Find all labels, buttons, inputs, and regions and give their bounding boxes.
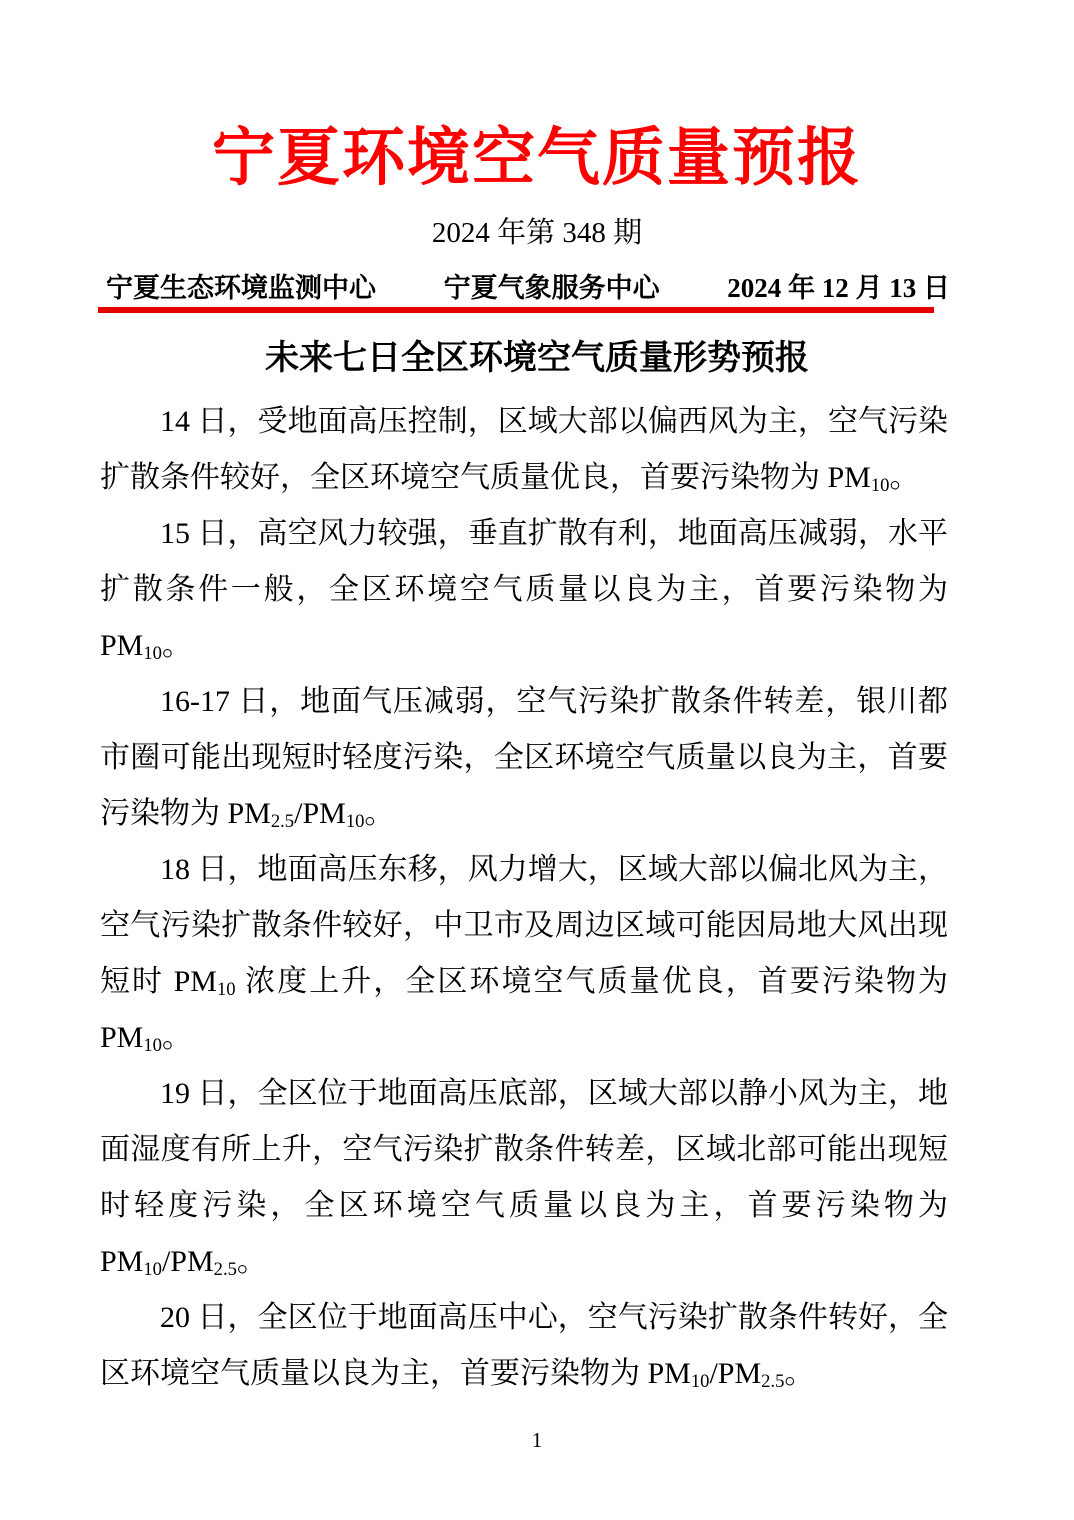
org-monitoring-center: 宁夏生态环境监测中心 <box>106 272 376 304</box>
red-divider-rule <box>98 307 934 313</box>
text-run: 。 <box>162 1021 192 1054</box>
pollutant-subscript: 10 <box>691 1371 710 1392</box>
pollutant-subscript: 10 <box>217 979 236 1000</box>
forecast-paragraph: 14 日，受地面高压控制，区域大部以偏西风为主，空气污染扩散条件较好，全区环境空… <box>100 394 948 506</box>
forecast-paragraph: 16-17 日，地面气压减弱，空气污染扩散条件转差，银川都市圈可能出现短时轻度污… <box>100 674 948 842</box>
forecast-paragraph: 18 日，地面高压东移，风力增大，区域大部以偏北风为主，空气污染扩散条件较好，中… <box>100 842 948 1066</box>
forecast-paragraph: 20 日，全区位于地面高压中心，空气污染扩散条件转好，全区环境空气质量以良为主，… <box>100 1290 948 1402</box>
text-run: 16-17 日，地面气压减弱，空气污染扩散条件转差，银川都市圈可能出现短时轻度污… <box>100 685 948 830</box>
text-run: 。 <box>784 1357 814 1390</box>
text-run: 20 日，全区位于地面高压中心，空气污染扩散条件转好，全区环境空气质量以良为主，… <box>100 1301 948 1390</box>
text-run: 。 <box>364 797 394 830</box>
pollutant-subscript: 2.5 <box>271 811 294 832</box>
forecast-paragraph: 19 日，全区位于地面高压底部，区域大部以静小风为主，地面湿度有所上升，空气污染… <box>100 1066 948 1290</box>
text-run: /PM <box>294 797 346 830</box>
forecast-paragraph: 15 日，高空风力较强，垂直扩散有利，地面高压减弱，水平扩散条件一般，全区环境空… <box>100 506 948 674</box>
org-weather-service-center: 宁夏气象服务中心 <box>444 272 660 304</box>
text-run: /PM <box>709 1357 761 1390</box>
pollutant-subscript: 2.5 <box>761 1371 784 1392</box>
text-run: /PM <box>162 1245 214 1278</box>
text-run: 19 日，全区位于地面高压底部，区域大部以静小风为主，地面湿度有所上升，空气污染… <box>100 1077 948 1278</box>
header-org-row: 宁夏生态环境监测中心 宁夏气象服务中心 2024 年 12 月 13 日 <box>106 272 950 304</box>
pollutant-subscript: 10 <box>143 1259 162 1280</box>
forecast-body: 14 日，受地面高压控制，区域大部以偏西风为主，空气污染扩散条件较好，全区环境空… <box>100 394 948 1402</box>
issue-date: 2024 年 12 月 13 日 <box>727 272 950 304</box>
pollutant-subscript: 10 <box>143 643 162 664</box>
text-run: 15 日，高空风力较强，垂直扩散有利，地面高压减弱，水平扩散条件一般，全区环境空… <box>100 517 948 662</box>
pollutant-subscript: 2.5 <box>214 1259 237 1280</box>
pollutant-subscript: 10 <box>143 1035 162 1056</box>
page-number: 1 <box>0 1428 1074 1453</box>
text-run: 。 <box>889 461 919 494</box>
section-heading: 未来七日全区环境空气质量形势预报 <box>0 338 1074 381</box>
text-run: 14 日，受地面高压控制，区域大部以偏西风为主，空气污染扩散条件较好，全区环境空… <box>100 405 948 494</box>
issue-number: 2024 年第 348 期 <box>0 216 1074 251</box>
text-run: 。 <box>162 629 192 662</box>
document-page: 宁夏环境空气质量预报 2024 年第 348 期 宁夏生态环境监测中心 宁夏气象… <box>0 0 1074 1520</box>
text-run: 。 <box>237 1245 267 1278</box>
pollutant-subscript: 10 <box>871 475 890 496</box>
document-title: 宁夏环境空气质量预报 <box>0 122 1074 194</box>
pollutant-subscript: 10 <box>346 811 365 832</box>
